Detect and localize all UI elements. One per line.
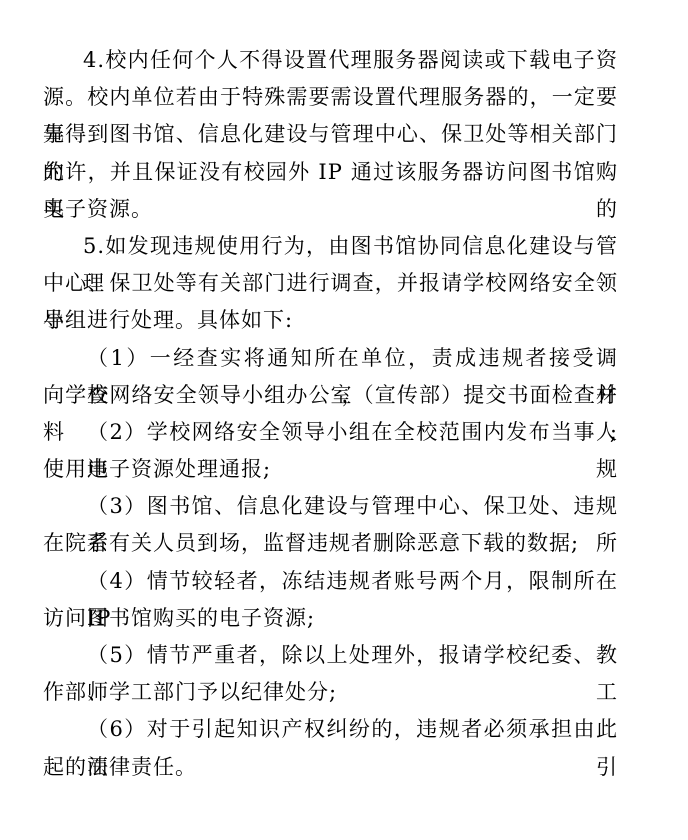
paragraph-sub-item-5: （5）情节严重者，除以上处理外，报请学校纪委、教师工 作部、学工部门予以纪律处分… (43, 637, 618, 711)
paragraph-line: （5）情节严重者，除以上处理外，报请学校纪委、教师工 (43, 637, 618, 674)
paragraph-line: 先得到图书馆、信息化建设与管理中心、保卫处等相关部门的 (43, 116, 618, 153)
paragraph-line: 允许，并且保证没有校园外 IP 通过该服务器访问图书馆购买的 (43, 154, 618, 191)
paragraph-item-5: 5.如发现违规使用行为，由图书馆协同信息化建设与管理 中心、保卫处等有关部门进行… (43, 228, 618, 340)
paragraph-line: （3）图书馆、信息化建设与管理中心、保卫处、违规者所 (43, 488, 618, 525)
paragraph-item-4: 4.校内任何个人不得设置代理服务器阅读或下载电子资 源。校内单位若由于特殊需要需… (43, 42, 618, 228)
paragraph-line: 中心、保卫处等有关部门进行调查，并报请学校网络安全领导 (43, 265, 618, 302)
paragraph-sub-item-1: （1）一经查实将通知所在单位，责成违规者接受调查，并 向学校网络安全领导小组办公… (43, 340, 618, 414)
paragraph-line: （2）学校网络安全领导小组在全校范围内发布当事人违规 (43, 414, 618, 451)
paragraph-sub-item-2: （2）学校网络安全领导小组在全校范围内发布当事人违规 使用电子资源处理通报; (43, 414, 618, 488)
paragraph-line: 5.如发现违规使用行为，由图书馆协同信息化建设与管理 (43, 228, 618, 265)
paragraph-line: （4）情节较轻者，冻结违规者账号两个月，限制所在 IP (43, 563, 618, 600)
paragraph-sub-item-3: （3）图书馆、信息化建设与管理中心、保卫处、违规者所 在院系有关人员到场，监督违… (43, 488, 618, 562)
document-page: 4.校内任何个人不得设置代理服务器阅读或下载电子资 源。校内单位若由于特殊需要需… (43, 42, 618, 786)
paragraph-line: 向学校网络安全领导小组办公室（宣传部）提交书面检查材料; (43, 377, 618, 414)
paragraph-line: 4.校内任何个人不得设置代理服务器阅读或下载电子资 (43, 42, 618, 79)
paragraph-line: 源。校内单位若由于特殊需要需设置代理服务器的，一定要事 (43, 79, 618, 116)
paragraph-line: 在院系有关人员到场，监督违规者删除恶意下载的数据; (43, 525, 618, 562)
paragraph-sub-item-6: （6）对于引起知识产权纠纷的，违规者必须承担由此而引 起的法律责任。 (43, 711, 618, 785)
paragraph-line: （6）对于引起知识产权纠纷的，违规者必须承担由此而引 (43, 711, 618, 748)
paragraph-sub-item-4: （4）情节较轻者，冻结违规者账号两个月，限制所在 IP 访问图书馆购买的电子资源… (43, 563, 618, 637)
paragraph-line: 访问图书馆购买的电子资源; (43, 600, 618, 637)
paragraph-line: （1）一经查实将通知所在单位，责成违规者接受调查，并 (43, 340, 618, 377)
paragraph-line: 小组进行处理。具体如下: (43, 302, 618, 339)
